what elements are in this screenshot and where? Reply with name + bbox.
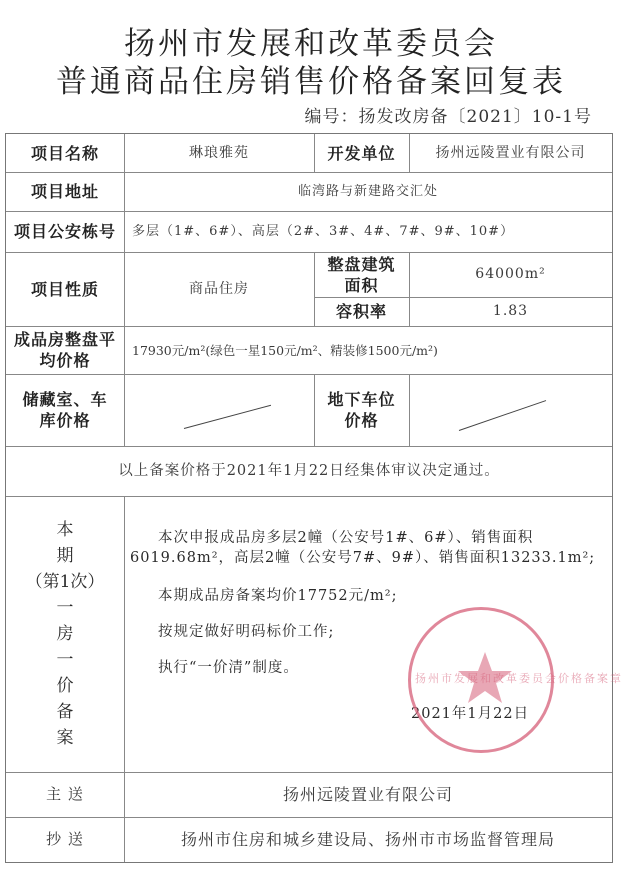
address-label: 项目地址: [6, 172, 124, 211]
parking-price-label: 地下车位价格: [314, 374, 409, 446]
filing-label-char: （第1次）: [26, 569, 105, 595]
filing-table: 项目名称 琳琅雅苑 开发单位 扬州远陵置业有限公司 项目地址 临湾路与新建路交汇…: [5, 133, 613, 863]
filing-label-char: 案: [57, 725, 74, 751]
document-number: 编号：扬发改房备〔2021〕10-1号: [305, 102, 592, 127]
developer-label: 开发单位: [314, 134, 409, 172]
project-name-value: 琳琅雅苑: [124, 134, 314, 172]
not-applicable-slash: [459, 400, 546, 431]
plot-ratio-value: 1.83: [409, 297, 612, 326]
filing-label-char: 本: [57, 517, 74, 543]
seal-text: 扬州市发展和改革委员会价格备案章: [415, 670, 622, 686]
storage-price-label: 储藏室、车库价格: [6, 374, 124, 446]
total-area-value: 64000m²: [409, 252, 612, 297]
nature-label: 项目性质: [6, 252, 124, 326]
filing-label: 本 期 （第1次） 一 房 一 价 备 案: [6, 496, 124, 772]
cc-value: 扬州市住房和城乡建设局、扬州市市场监督管理局: [124, 817, 612, 862]
avg-price-label: 成品房整盘平均价格: [6, 326, 124, 374]
storage-price-value: [124, 374, 314, 446]
avg-price-value: 17930元/m²(绿色一星150元/m²、精装修1500元/m²): [124, 326, 612, 374]
filing-label-char: 价: [57, 673, 74, 699]
building-no-value: 多层（1#、6#）、高层（2#、3#、4#、7#、9#、10#）: [124, 211, 612, 252]
approval-note: 以上备案价格于2021年1月22日经集体审议决定通过。: [6, 446, 612, 496]
parking-price-value: [409, 374, 612, 446]
total-area-label: 整盘建筑面积: [314, 252, 409, 297]
filing-label-char: 一: [57, 647, 74, 673]
main-recipient-label: 主 送: [6, 772, 124, 817]
developer-value: 扬州远陵置业有限公司: [409, 134, 612, 172]
filing-paragraph-1: 本次申报成品房多层2幢（公安号1#、6#）、销售面积6019.68m²，高层2幢…: [130, 528, 608, 568]
project-name-label: 项目名称: [6, 134, 124, 172]
filing-paragraph-2: 本期成品房备案均价17752元/m²;: [158, 586, 598, 606]
nature-value: 商品住房: [124, 252, 314, 326]
filing-label-char: 备: [57, 699, 74, 725]
filing-label-char: 房: [57, 621, 74, 647]
address-value: 临湾路与新建路交汇处: [124, 172, 612, 211]
filing-label-char: 一: [57, 595, 74, 621]
form-title: 普通商品住房销售价格备案回复表: [0, 56, 622, 101]
plot-ratio-label: 容积率: [314, 297, 409, 326]
cc-label: 抄 送: [6, 817, 124, 862]
filing-label-char: 期: [57, 543, 74, 569]
official-seal: 扬州市发展和改革委员会价格备案章: [408, 607, 554, 753]
building-no-label: 项目公安栋号: [6, 211, 124, 252]
main-recipient-value: 扬州远陵置业有限公司: [124, 772, 612, 817]
not-applicable-slash: [184, 405, 271, 429]
